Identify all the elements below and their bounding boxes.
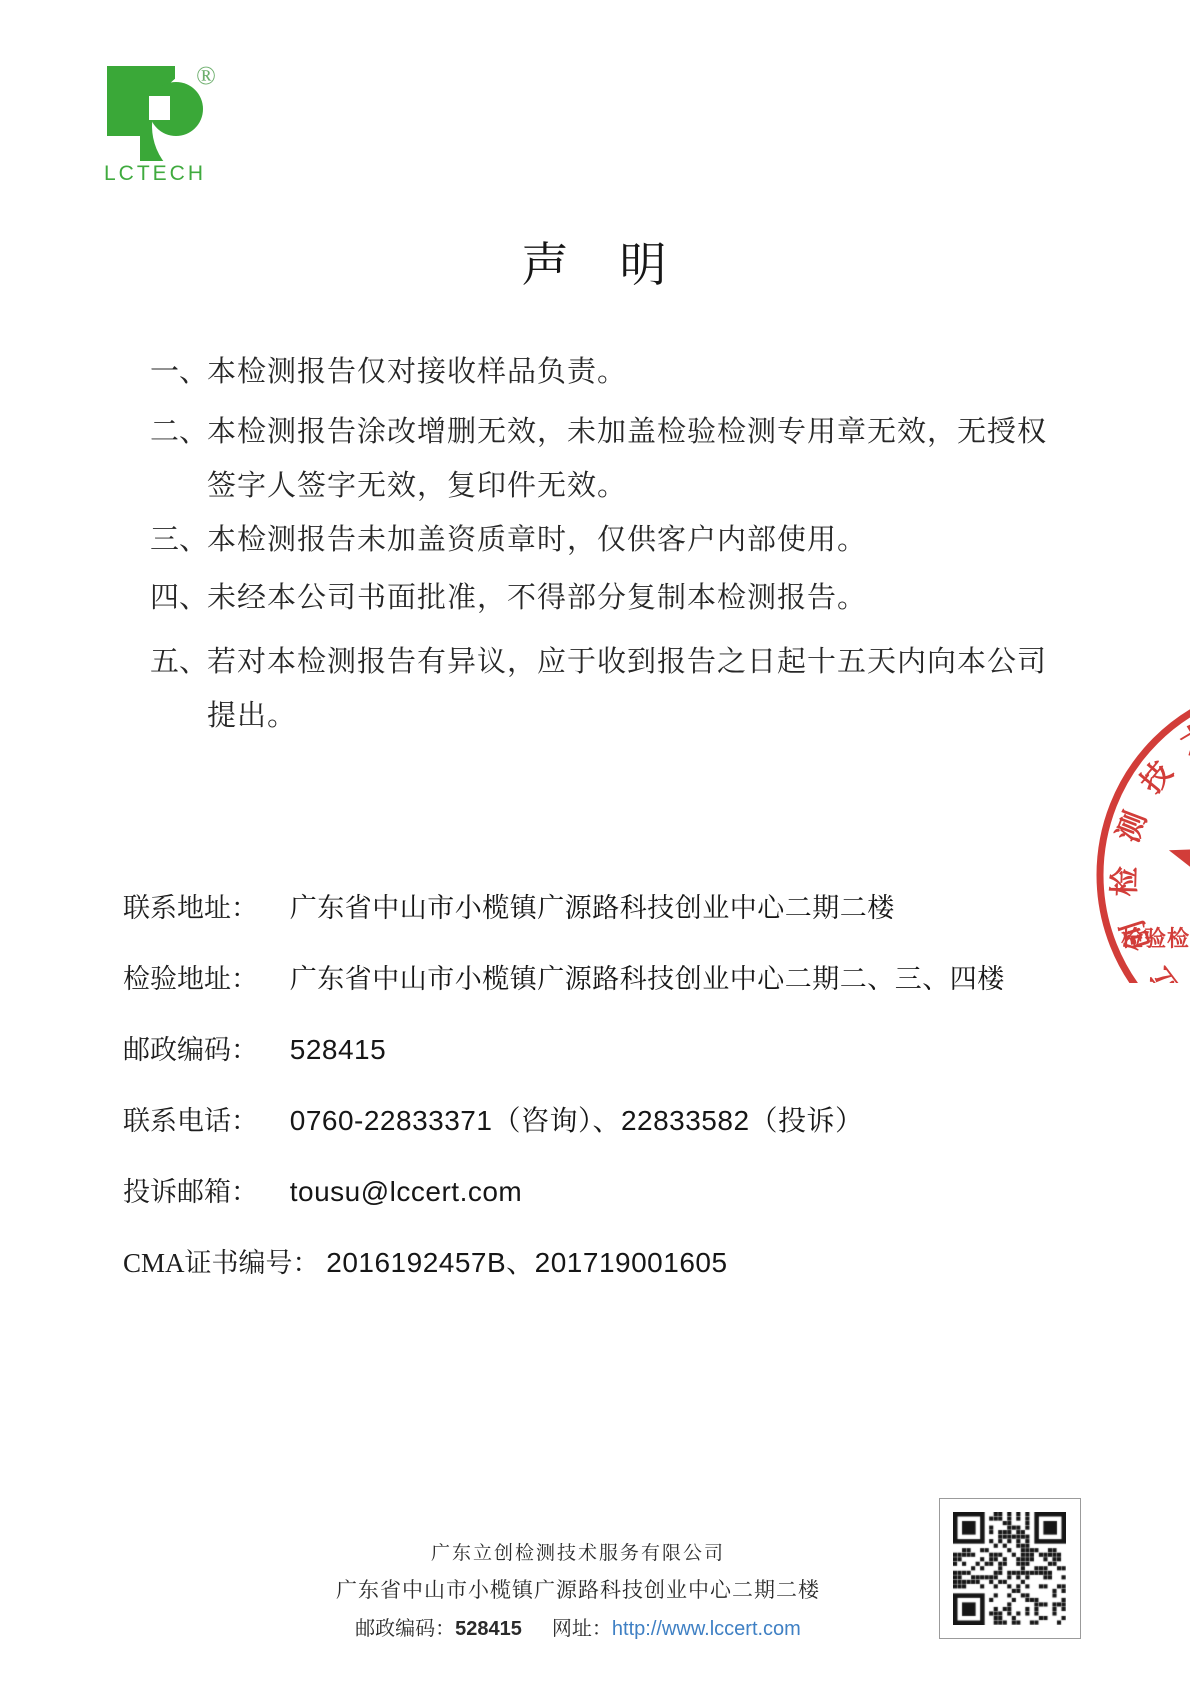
website-link[interactable]: http://www.lccert.com (612, 1618, 801, 1640)
field-label: 联系地址： (123, 894, 283, 922)
item-number: 二、 (150, 405, 207, 513)
postal-code-row: 邮政编码： 528415 (123, 1036, 1005, 1064)
item-text: 签字人签字无效，复印件无效。 (207, 459, 1047, 513)
item-number: 三、 (150, 513, 207, 567)
field-value: tousu@lccert.com (290, 1176, 523, 1207)
declaration-item: 二、 本检测报告涂改增删无效，未加盖检验检测专用章无效，无授权 签字人签字无效，… (150, 405, 1090, 513)
field-label: 投诉邮箱： (123, 1178, 283, 1206)
item-text: 若对本检测报告有异议，应于收到报告之日起十五天内向本公司 (207, 635, 1047, 689)
field-value: 广东省中山市小榄镇广源路科技创业中心二期二、三、四楼 (290, 964, 1005, 994)
company-logo: ® LCTECH (100, 58, 250, 188)
complaint-email-row: 投诉邮箱： tousu@lccert.com (123, 1178, 1005, 1206)
page-title: 声 明 (0, 228, 1190, 295)
lctech-logo-mark: ® (100, 58, 230, 178)
contact-address-row: 联系地址： 广东省中山市小榄镇广源路科技创业中心二期二楼 (123, 894, 1005, 922)
item-number: 五、 (150, 635, 207, 743)
phone-row: 联系电话： 0760-22833371（咨询）、22833582（投诉） (123, 1107, 1005, 1135)
item-number: 四、 (150, 571, 207, 625)
inspection-address-row: 检验地址： 广东省中山市小榄镇广源路科技创业中心二期二、三、四楼 (123, 965, 1005, 993)
declaration-item: 四、 未经本公司书面批准，不得部分复制本检测报告。 (150, 571, 1090, 625)
field-value: 广东省中山市小榄镇广源路科技创业中心二期二楼 (290, 893, 895, 923)
declaration-item: 三、 本检测报告未加盖资质章时，仅供客户内部使用。 (150, 513, 1090, 567)
qr-code (939, 1498, 1081, 1639)
item-number: 一、 (150, 345, 207, 399)
footer-web-label: 网址： (552, 1618, 612, 1640)
item-text: 本检测报告涂改增删无效，未加盖检验检测专用章无效，无授权 (207, 405, 1047, 459)
red-stamp: 广东立创检测技术服务有限公司 检验检测专用章 (1075, 688, 1190, 983)
field-label: CMA证书编号： (123, 1249, 320, 1277)
declaration-list: 一、 本检测报告仅对接收样品负责。 二、 本检测报告涂改增删无效，未加盖检验检测… (150, 345, 1090, 743)
field-label: 联系电话： (123, 1107, 283, 1135)
declaration-item: 一、 本检测报告仅对接收样品负责。 (150, 345, 1090, 399)
item-text: 提出。 (207, 689, 1047, 743)
field-label: 邮政编码： (123, 1036, 283, 1064)
logo-c-notch (149, 96, 170, 120)
item-text: 本检测报告仅对接收样品负责。 (207, 345, 627, 399)
contact-info: 联系地址： 广东省中山市小榄镇广源路科技创业中心二期二楼 检验地址： 广东省中山… (123, 894, 1005, 1320)
item-text: 未经本公司书面批准，不得部分复制本检测报告。 (207, 571, 867, 625)
stamp-star-icon (1169, 795, 1190, 940)
item-text: 本检测报告未加盖资质章时，仅供客户内部使用。 (207, 513, 867, 567)
field-label: 检验地址： (123, 965, 283, 993)
field-value: 0760-22833371（咨询）、22833582（投诉） (290, 1105, 864, 1136)
qr-code-pattern (953, 1512, 1066, 1625)
declaration-item: 五、 若对本检测报告有异议，应于收到报告之日起十五天内向本公司 提出。 (150, 635, 1090, 743)
footer-postal-code: 528415 (455, 1618, 522, 1640)
footer-postal-label: 邮政编码： (355, 1618, 455, 1640)
logo-brand-text: LCTECH (104, 162, 206, 186)
field-value: 528415 (290, 1034, 386, 1065)
stamp-graphic: 广东立创检测技术服务有限公司 检验检测专用章 (1075, 688, 1190, 983)
cma-certificate-row: CMA证书编号： 2016192457B、201719001605 (123, 1249, 1005, 1277)
stamp-bottom-text: 检验检测专用章 (1121, 926, 1190, 951)
registered-trademark-icon: ® (196, 61, 216, 90)
field-value: 2016192457B、201719001605 (326, 1247, 727, 1278)
